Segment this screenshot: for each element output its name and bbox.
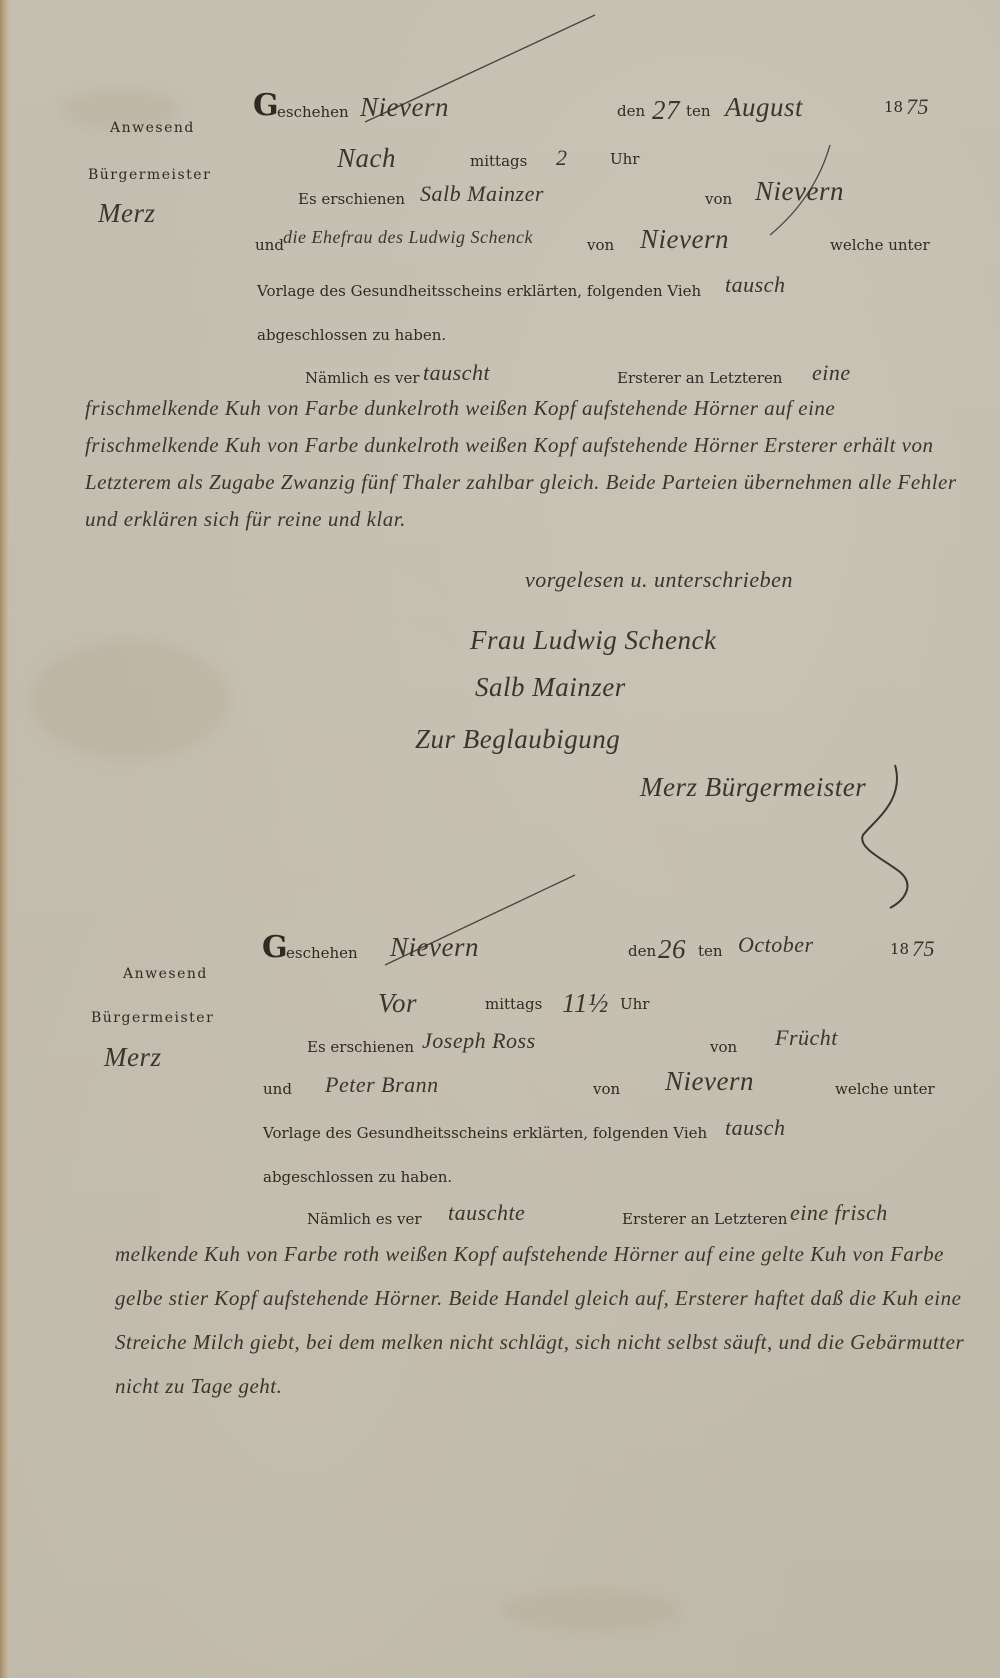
time-prefix: Nach — [337, 143, 396, 174]
read-and-signed-note: vorgelesen u. unterschrieben — [525, 567, 793, 593]
declaration-line-2: abgeschlossen zu haben. — [263, 1168, 452, 1186]
attestation-note: Zur Beglaubigung — [415, 724, 620, 755]
transaction-type: tausch — [725, 1115, 785, 1141]
signature-flourish — [855, 760, 925, 910]
ersterer-label: Ersterer an Letzteren — [622, 1210, 787, 1228]
year-handwritten: 75 — [906, 94, 929, 120]
declaration-line: Vorlage des Gesundheitsscheins erklärten… — [257, 282, 701, 300]
first-party-name: Joseph Ross — [422, 1028, 536, 1054]
es-erschienen-label: Es erschienen — [298, 190, 405, 208]
den-label: den — [617, 102, 645, 120]
mittags-label: mittags — [485, 995, 542, 1013]
detail-body: frischmelkende Kuh von Farbe dunkelroth … — [85, 390, 965, 538]
declaration-line-2: abgeschlossen zu haben. — [257, 326, 446, 344]
second-party-name: Peter Brann — [325, 1072, 439, 1098]
day-field: 26 — [658, 934, 686, 965]
detail-start: eine frisch — [790, 1200, 888, 1226]
geschehen-label: eschehen — [286, 944, 358, 962]
detail-start: eine — [812, 360, 851, 386]
paper-stain — [500, 1590, 680, 1630]
welche-unter-label: welche unter — [835, 1080, 935, 1098]
geschehen-label: eschehen — [277, 103, 349, 121]
von-label: von — [587, 236, 614, 254]
ersterer-label: Ersterer an Letzteren — [617, 369, 782, 387]
ten-label: ten — [686, 102, 711, 120]
mittags-label: mittags — [470, 152, 527, 170]
hour-field: 2 — [556, 145, 568, 171]
naemlich-label: Nämlich es ver — [307, 1210, 422, 1228]
year-printed: 18 — [884, 98, 903, 116]
und-label: und — [263, 1080, 292, 1098]
paper-stain — [30, 640, 230, 760]
present-label: Anwesend — [110, 120, 195, 136]
uhr-label: Uhr — [620, 995, 649, 1013]
uhr-label: Uhr — [610, 150, 639, 168]
signature-2: Salb Mainzer — [475, 672, 626, 703]
geschehen-initial: G — [253, 88, 279, 123]
month-field: August — [725, 92, 803, 123]
declaration-line: Vorlage des Gesundheitsscheins erklärten… — [263, 1124, 707, 1142]
year-handwritten: 75 — [912, 936, 935, 962]
place-field: Nievern — [360, 92, 449, 123]
von-label: von — [705, 190, 732, 208]
day-field: 27 — [652, 95, 680, 126]
mayor-label: Bürgermeister — [88, 167, 211, 183]
verb-field: tauscht — [423, 360, 490, 386]
und-label: und — [255, 236, 284, 254]
von-label: von — [710, 1038, 737, 1056]
present-label: Anwesend — [123, 966, 208, 982]
geschehen-initial: G — [262, 930, 288, 965]
mayor-signature: Merz — [104, 1042, 162, 1073]
first-party-place: Frücht — [775, 1025, 838, 1051]
first-party-name: Salb Mainzer — [420, 181, 544, 207]
von-label: von — [593, 1080, 620, 1098]
verb-field: tauschte — [448, 1200, 525, 1226]
mayor-closing-signature: Merz Bürgermeister — [640, 772, 866, 803]
hour-field: 11½ — [562, 988, 609, 1019]
second-party-place: Nievern — [665, 1066, 754, 1097]
year-printed: 18 — [890, 940, 909, 958]
second-party-name: die Ehefrau des Ludwig Schenck — [283, 227, 533, 248]
es-erschienen-label: Es erschienen — [307, 1038, 414, 1056]
month-field: October — [738, 932, 814, 958]
place-field: Nievern — [390, 932, 479, 963]
signature-1: Frau Ludwig Schenck — [470, 625, 716, 656]
naemlich-label: Nämlich es ver — [305, 369, 420, 387]
welche-unter-label: welche unter — [830, 236, 930, 254]
mayor-label: Bürgermeister — [91, 1010, 214, 1026]
mayor-signature: Merz — [98, 198, 156, 229]
time-prefix: Vor — [378, 988, 417, 1019]
detail-body: melkende Kuh von Farbe roth weißen Kopf … — [115, 1232, 965, 1408]
second-party-place: Nievern — [640, 224, 729, 255]
first-party-place: Nievern — [755, 176, 844, 207]
document-page: Anwesend Bürgermeister Merz G eschehen N… — [0, 0, 1000, 1678]
ten-label: ten — [698, 942, 723, 960]
page-binding-edge — [0, 0, 10, 1678]
transaction-type: tausch — [725, 272, 785, 298]
den-label: den — [628, 942, 656, 960]
